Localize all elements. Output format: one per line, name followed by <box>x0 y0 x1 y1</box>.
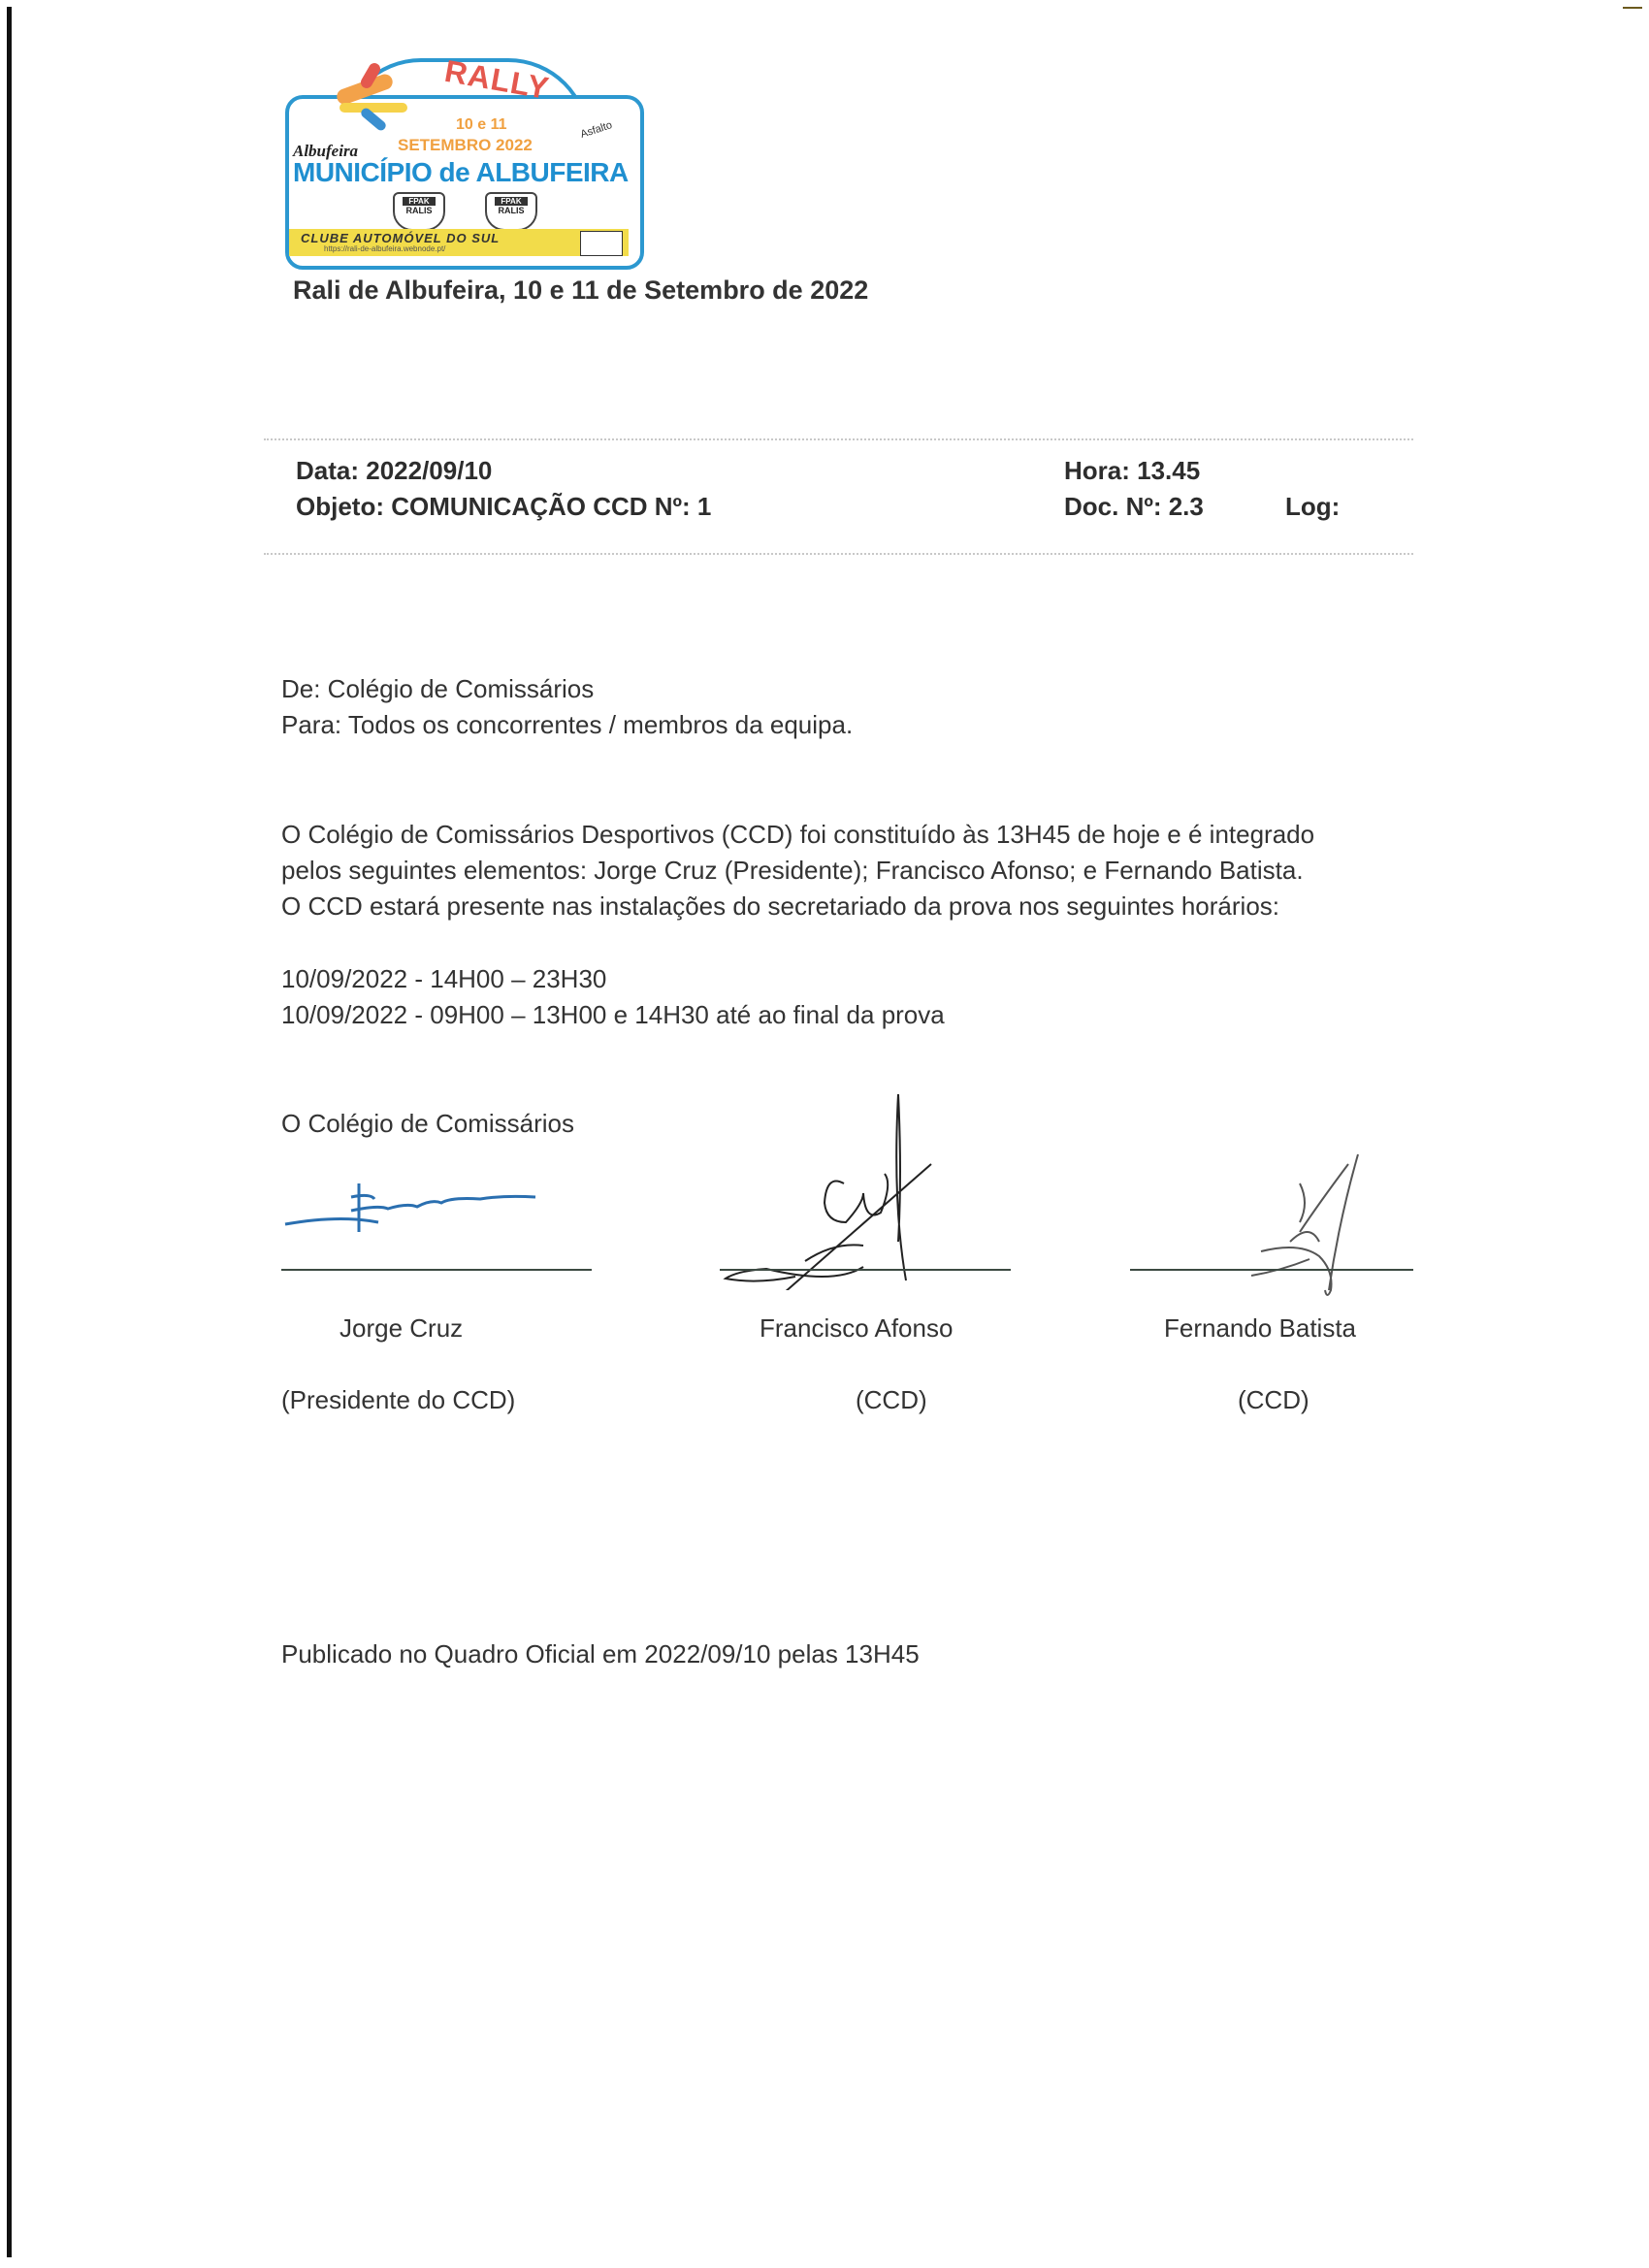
signature-line <box>720 1269 1011 1271</box>
scan-edge-border <box>7 7 12 2257</box>
header-doc-number: Doc. Nº: 2.3 <box>1064 492 1204 522</box>
logo-sponsors: FPAK RALIS FPAK RALIS <box>301 192 621 227</box>
rally-logo: RALLY 10 e 11 Albufeira SETEMBRO 2022 As… <box>281 56 642 268</box>
body-paragraph-line: O Colégio de Comissários Desportivos (CC… <box>281 820 1314 850</box>
schedule-line: 10/09/2022 - 14H00 – 23H30 <box>281 964 606 994</box>
logo-municipality: MUNICÍPIO de ALBUFEIRA <box>293 157 629 188</box>
star-logo-icon <box>339 103 407 113</box>
scan-corner-mark <box>1623 7 1642 9</box>
from-line: De: Colégio de Comissários <box>281 674 594 704</box>
logo-month-year: SETEMBRO 2022 <box>398 136 533 155</box>
to-line: Para: Todos os concorrentes / membros da… <box>281 710 853 740</box>
signature-jorge-cruz <box>281 1164 553 1242</box>
header-time: Hora: 13.45 <box>1064 456 1200 486</box>
signatory-name: Jorge Cruz <box>339 1313 463 1344</box>
signatory-role: (CCD) <box>856 1385 927 1415</box>
schedule-line: 10/09/2022 - 09H00 – 13H00 e 14H30 até a… <box>281 1000 945 1030</box>
club-badge-icon <box>580 231 623 256</box>
header-date: Data: 2022/09/10 <box>296 456 492 486</box>
logo-dates: 10 e 11 <box>456 116 507 134</box>
signatory-name: Fernando Batista <box>1164 1313 1356 1344</box>
logo-club-url: https://rali-de-albufeira.webnode.pt/ <box>324 244 445 253</box>
body-paragraph-line: O CCD estará presente nas instalações do… <box>281 891 1279 922</box>
header-log: Log: <box>1285 492 1340 522</box>
logo-club-name: CLUBE AUTOMÓVEL DO SUL <box>301 231 500 245</box>
header-bottom-rule <box>264 553 1413 555</box>
signatory-name: Francisco Afonso <box>760 1313 953 1344</box>
header-top-rule <box>264 438 1413 440</box>
signature-francisco-afonso <box>718 1086 951 1290</box>
fpak-badge-icon: FPAK RALIS <box>393 192 445 231</box>
fpak-badge-icon: FPAK RALIS <box>485 192 537 231</box>
logo-club-banner: CLUBE AUTOMÓVEL DO SUL https://rali-de-a… <box>289 229 629 256</box>
header-subject: Objeto: COMUNICAÇÃO CCD Nº: 1 <box>296 492 711 522</box>
signatory-role: (Presidente do CCD) <box>281 1385 515 1415</box>
publication-note: Publicado no Quadro Oficial em 2022/09/1… <box>281 1639 920 1669</box>
signature-fernando-batista <box>1203 1145 1397 1300</box>
document-title: Rali de Albufeira, 10 e 11 de Setembro d… <box>293 275 868 306</box>
body-paragraph-line: pelos seguintes elementos: Jorge Cruz (P… <box>281 856 1304 886</box>
signature-line <box>1130 1269 1413 1271</box>
signatory-role: (CCD) <box>1238 1385 1309 1415</box>
signature-line <box>281 1269 592 1271</box>
closing-line: O Colégio de Comissários <box>281 1109 574 1139</box>
